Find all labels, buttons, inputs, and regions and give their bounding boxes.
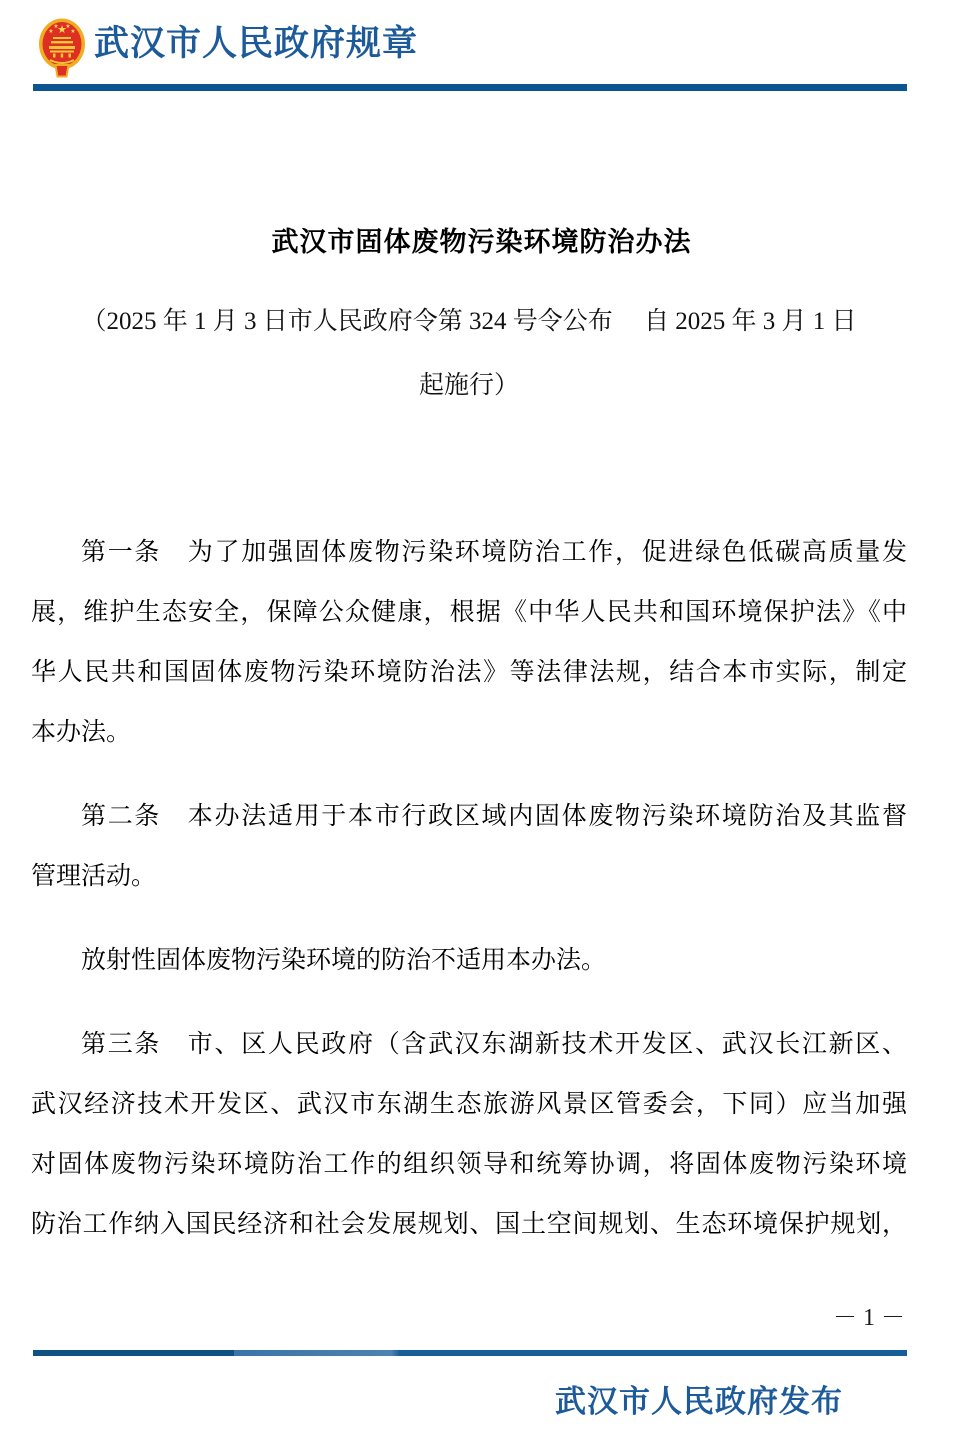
body-line: 第一条 为了加强固体废物污染环境防治工作，促进绿色低碳高质量发 — [31, 522, 907, 582]
body-line: 本办法。 — [31, 702, 907, 762]
body-line: 第三条 市、区人民政府（含武汉东湖新技术开发区、武汉长江新区、 — [31, 1014, 907, 1074]
body-line: 第二条 本办法适用于本市行政区域内固体废物污染环境防治及其监督 — [31, 786, 907, 846]
body-line: 展，维护生态安全，保障公众健康，根据《中华人民共和国环境保护法》《中 — [31, 582, 907, 642]
issuance-note: （2025 年 1 月 3 日市人民政府令第 324 号令公布 自 2025 年… — [31, 290, 907, 418]
header-bar: ★ ★ ★ ★ ★ 武汉市人民政府规章 — [0, 0, 963, 92]
body-line: 对固体废物污染环境防治工作的组织领导和统筹协调，将固体废物污染环境 — [31, 1134, 907, 1194]
article-2-paragraph: 第二条 本办法适用于本市行政区域内固体废物污染环境防治及其监督 管理活动。 — [31, 786, 907, 906]
body-line: 防治工作纳入国民经济和社会发展规划、国土空间规划、生态环境保护规划， — [31, 1194, 907, 1254]
header-title: 武汉市人民政府规章 — [94, 22, 418, 66]
document-title: 武汉市固体废物污染环境防治办法 — [0, 224, 963, 260]
document-body: 第一条 为了加强固体废物污染环境防治工作，促进绿色低碳高质量发 展，维护生态安全… — [31, 522, 907, 1278]
footer-divider — [33, 1350, 907, 1356]
article-3-paragraph: 第三条 市、区人民政府（含武汉东湖新技术开发区、武汉长江新区、 武汉经济技术开发… — [31, 1014, 907, 1254]
header-divider — [33, 84, 907, 91]
publisher-name: 武汉市人民政府发布 — [555, 1381, 843, 1423]
body-line: 放射性固体废物污染环境的防治不适用本办法。 — [31, 930, 907, 990]
article-1-paragraph: 第一条 为了加强固体废物污染环境防治工作，促进绿色低碳高质量发 展，维护生态安全… — [31, 522, 907, 762]
national-emblem-icon: ★ ★ ★ ★ ★ — [38, 16, 86, 79]
body-line: 管理活动。 — [31, 846, 907, 906]
body-line: 华人民共和国固体废物污染环境防治法》等法律法规，结合本市实际，制定 — [31, 642, 907, 702]
svg-text:★: ★ — [70, 28, 75, 35]
svg-text:★: ★ — [53, 23, 58, 30]
body-line: 武汉经济技术开发区、武汉市东湖生态旅游风景区管委会，下同）应当加强 — [31, 1074, 907, 1134]
document-page: ★ ★ ★ ★ ★ 武汉市人民政府规章 武汉市固体废物污染环境防治办法 （202… — [0, 0, 963, 1439]
article-2-second-paragraph: 放射性固体废物污染环境的防治不适用本办法。 — [31, 930, 907, 990]
issuance-note-line2: 起施行） — [31, 354, 907, 418]
issuance-note-line1: （2025 年 1 月 3 日市人民政府令第 324 号令公布 自 2025 年… — [31, 290, 907, 354]
page-number: － 1 － — [833, 1300, 905, 1336]
